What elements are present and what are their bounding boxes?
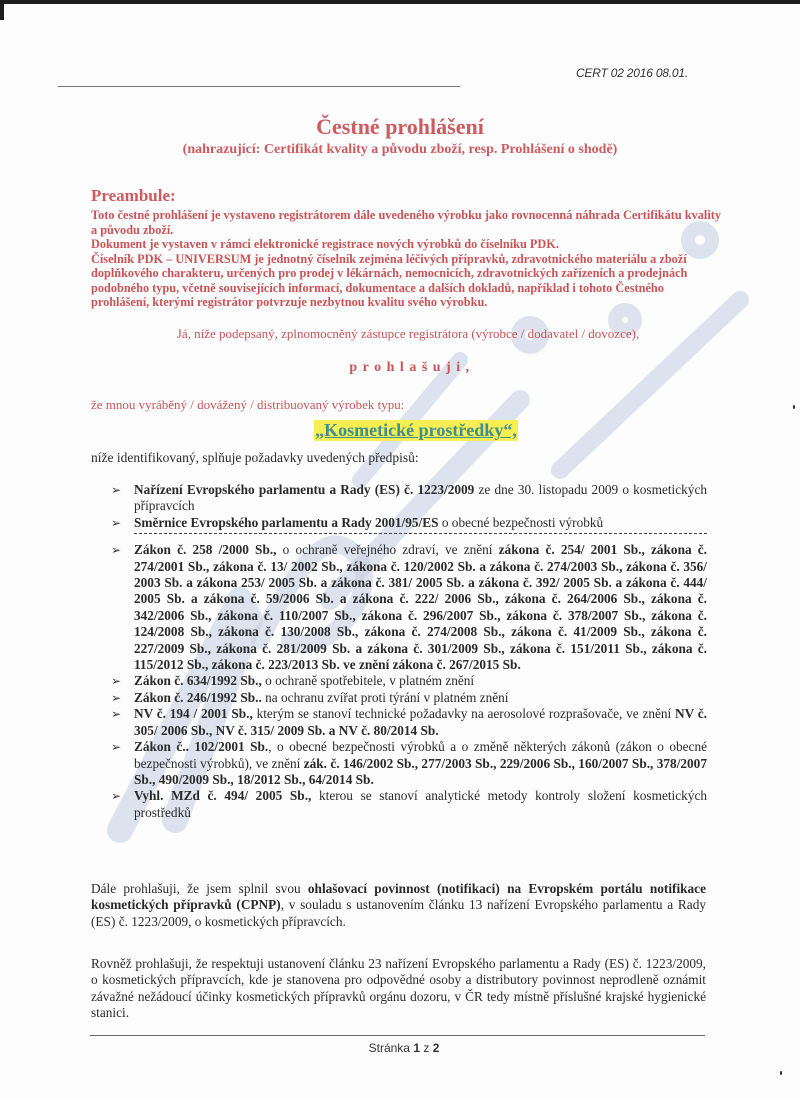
text: o ochraně veřejného zdraví, ve znění — [277, 542, 499, 557]
arrow-bullet-icon: ➢ — [111, 673, 121, 689]
text: na ochranu zvířat proti týrání v platném… — [262, 690, 509, 705]
regulations-cz: ➢Zákon č. 258 /2000 Sb., o ochraně veřej… — [111, 542, 707, 821]
bold-text: Zákon č. 246/1992 Sb.. — [134, 690, 262, 705]
footer-rule — [90, 1035, 705, 1036]
bold-text: Vyhl. MZd č. 494/ 2005 Sb., — [134, 788, 311, 803]
scan-speck — [793, 405, 795, 409]
preamble-paragraph: Dokument je vystaven v rámci elektronick… — [91, 237, 721, 252]
product-line: že mnou vyráběný / dovážený / distribuov… — [91, 397, 404, 413]
declare-word: prohlašuji, — [0, 360, 800, 376]
regulations-list: ➢Nařízení Evropského parlamentu a Rady (… — [111, 482, 707, 821]
arrow-bullet-icon: ➢ — [111, 690, 121, 706]
header-rule — [58, 86, 460, 87]
bold-text: Zákon č. 258 /2000 Sb., — [134, 542, 277, 557]
text: Dále prohlašuji, že jsem splnil svou — [91, 881, 308, 896]
arrow-bullet-icon: ➢ — [111, 788, 121, 804]
document-page: CERT 02 2016 08.01. Čestné prohlášení (n… — [0, 0, 800, 1100]
preamble-text: Toto čestné prohlášení je vystaveno regi… — [91, 208, 721, 310]
regulation-item: ➢Zákon č. 246/1992 Sb.. na ochranu zvířa… — [111, 690, 707, 706]
product-type-wrap: „Kosmetické prostředky“, — [0, 420, 800, 441]
bold-text: Nařízení Evropského parlamentu a Rady (E… — [134, 482, 474, 497]
article23-paragraph: Rovněž prohlašuji, že respektuji ustanov… — [91, 956, 706, 1022]
preamble-heading: Preambule: — [91, 186, 176, 206]
bold-text: Zákon č. 634/1992 Sb., — [134, 673, 262, 688]
regulation-item: ➢NV č. 194 / 2001 Sb., kterým se stanoví… — [111, 706, 707, 739]
regulation-item: ➢Zákon č. 258 /2000 Sb., o ochraně veřej… — [111, 542, 707, 673]
arrow-bullet-icon: ➢ — [111, 542, 121, 558]
arrow-bullet-icon: ➢ — [111, 706, 121, 722]
document-code: CERT 02 2016 08.01. — [576, 66, 688, 80]
regulation-item: ➢Nařízení Evropského parlamentu a Rady (… — [111, 482, 707, 515]
page-footer: Stránka 1 z 2 — [0, 1041, 800, 1055]
bold-text: NV č. 194 / 2001 Sb., — [134, 706, 253, 721]
regulation-item: ➢Vyhl. MZd č. 494/ 2005 Sb., kterou se s… — [111, 788, 707, 821]
document-title: Čestné prohlášení — [0, 114, 800, 140]
arrow-bullet-icon: ➢ — [111, 739, 121, 755]
text: o obecné bezpečnosti výrobků — [439, 515, 604, 530]
product-type: „Kosmetické prostředky“, — [314, 420, 518, 441]
text: kterým se stanoví technické požadavky na… — [253, 706, 675, 721]
dashed-separator — [134, 533, 707, 534]
notification-paragraph: Dále prohlašuji, že jsem splnil svou ohl… — [91, 881, 706, 930]
bold-text: zákona č. 254/ 2001 Sb., zákona č. 274/2… — [134, 542, 707, 672]
declarant-line: Já, níže podepsaný, zplnomocněný zástupc… — [0, 326, 800, 342]
regulation-item: ➢Zákon č.. 102/2001 Sb., o obecné bezpeč… — [111, 739, 707, 788]
scan-speck — [780, 1071, 782, 1075]
footer-of-word: z — [423, 1041, 429, 1055]
footer-current-page: 1 — [413, 1041, 420, 1055]
arrow-bullet-icon: ➢ — [111, 515, 121, 531]
document-subtitle: (nahrazující: Certifikát kvality a původ… — [0, 142, 800, 158]
regulation-item: ➢Směrnice Evropského parlamentu a Rady 2… — [111, 515, 707, 531]
identified-line: níže identifikovaný, splňuje požadavky u… — [91, 450, 419, 466]
footer-total-pages: 2 — [433, 1041, 440, 1055]
bold-text: Zákon č.. 102/2001 Sb. — [134, 739, 268, 754]
regulation-item: ➢Zákon č. 634/1992 Sb., o ochraně spotře… — [111, 673, 707, 689]
preamble-paragraph: Číselník PDK – UNIVERSUM je jednotný čís… — [91, 252, 721, 310]
arrow-bullet-icon: ➢ — [111, 482, 121, 498]
regulations-eu: ➢Nařízení Evropského parlamentu a Rady (… — [111, 482, 707, 531]
text: o ochraně spotřebitele, v platném znění — [262, 673, 474, 688]
footer-page-word: Stránka — [369, 1041, 410, 1055]
bold-text: Směrnice Evropského parlamentu a Rady 20… — [134, 515, 439, 530]
preamble-paragraph: Toto čestné prohlášení je vystaveno regi… — [91, 208, 721, 237]
